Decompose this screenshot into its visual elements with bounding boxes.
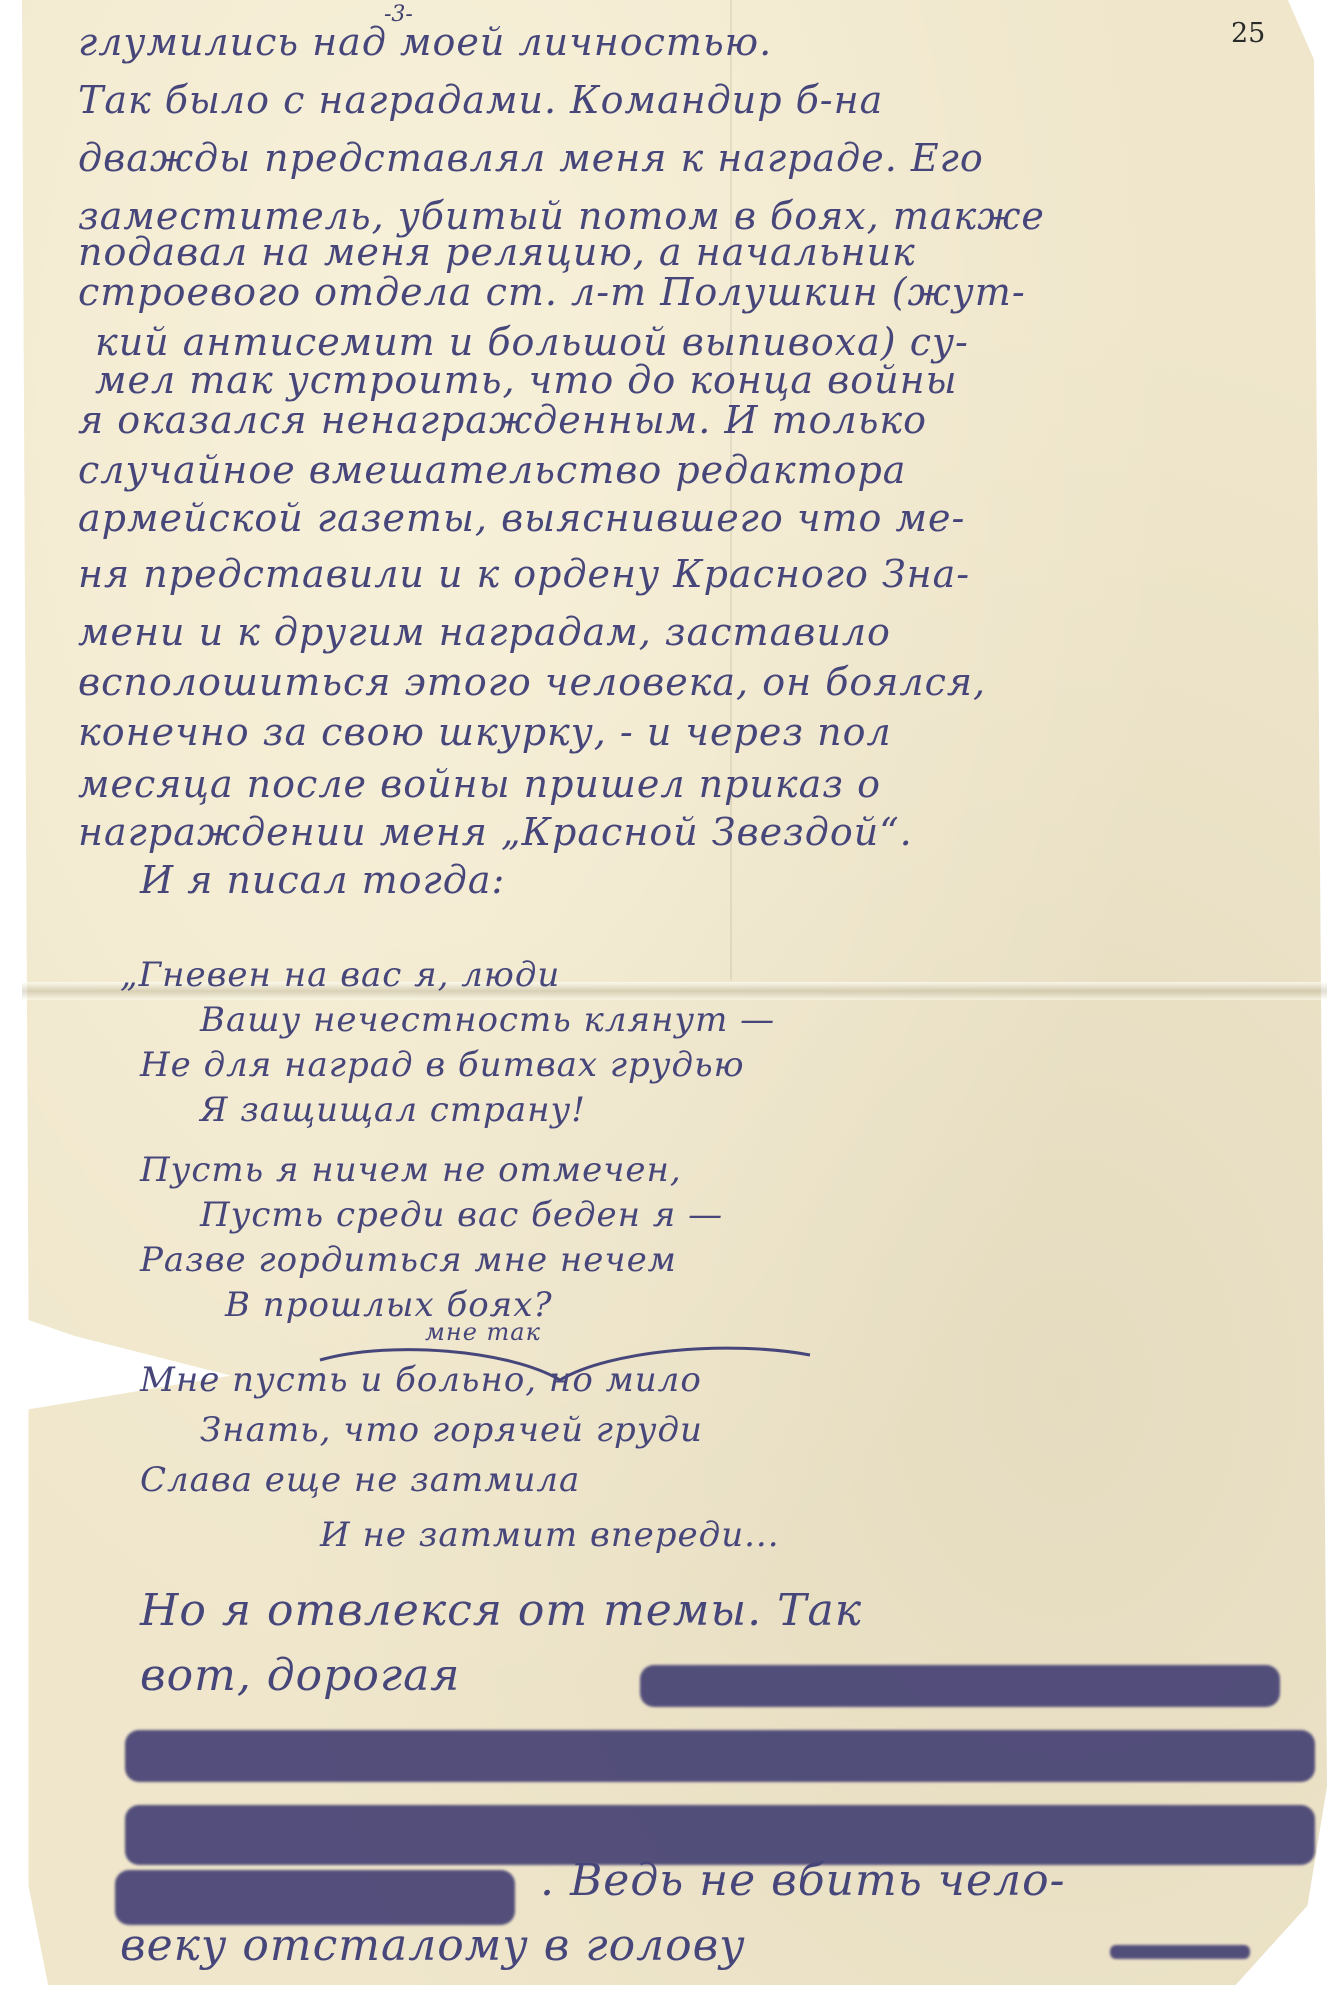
poem-line: Пусть я ничем не отмечен,: [140, 1150, 682, 1190]
poem-line: Вашу нечестность клянут —: [200, 1000, 775, 1040]
poem-line: Не для наград в битвах грудью: [140, 1045, 745, 1085]
prose-line: Так было с наградами. Командир б-на: [78, 78, 883, 122]
prose-line: подавал на меня реляцию, а начальник: [78, 230, 916, 274]
poem-line: Разве гордиться мне нечем: [140, 1240, 677, 1280]
redacted-block: [115, 1870, 515, 1925]
poem-line: Знать, что горячей груди: [200, 1410, 703, 1450]
redacted-block: [640, 1665, 1280, 1707]
poem-line: Слава еще не затмила: [140, 1460, 580, 1500]
poem-line: И не затмит впереди...: [320, 1515, 780, 1555]
prose-line: глумились над моей личностью.: [78, 20, 772, 64]
closing-line: вот, дорогая: [140, 1650, 460, 1701]
closing-line: веку отсталому в голову: [120, 1920, 746, 1971]
poem-line: Пусть среди вас беден я —: [200, 1195, 723, 1235]
intro-line: И я писал тогда:: [140, 858, 505, 902]
prose-line: мени и к другим наградам, заставило: [78, 610, 891, 654]
poem-line: „Гневен на вас я, люди: [120, 955, 560, 995]
poem-line: Я защищал страну!: [200, 1090, 586, 1130]
redacted-block: [125, 1730, 1315, 1782]
prose-line: награждении меня „Красной Звездой“.: [78, 810, 913, 854]
closing-line: Но я отвлекся от темы. Так: [140, 1585, 862, 1636]
prose-line: строевого отдела ст. л-т Полушкин (жут-: [78, 270, 1026, 314]
prose-line: дважды представлял меня к награде. Его: [78, 136, 984, 180]
closing-line: . Ведь не вбить чело-: [540, 1855, 1065, 1906]
prose-line: армейской газеты, выяснившего что ме-: [78, 496, 965, 540]
prose-line: я оказался ненагражденным. И только: [78, 398, 927, 442]
prose-line: случайное вмешательство редактора: [78, 448, 906, 492]
poem-line: Мне пусть и больно, но мило: [140, 1360, 702, 1400]
page-number: 25: [1231, 18, 1265, 49]
prose-line: конечно за свою шкурку, - и через пол: [78, 710, 892, 754]
prose-line: месяца после войны пришел приказ о: [78, 762, 881, 806]
prose-line: мел так устроить, что до конца войны: [95, 358, 958, 402]
prose-line: ня представили и к ордену Красного Зна-: [78, 552, 970, 596]
struck-word: [1110, 1945, 1250, 1959]
prose-line: всполошиться этого человека, он боялся,: [78, 660, 986, 704]
